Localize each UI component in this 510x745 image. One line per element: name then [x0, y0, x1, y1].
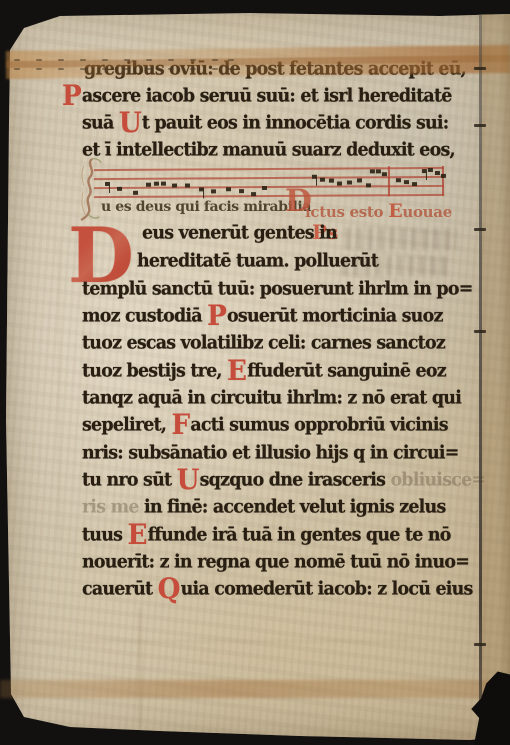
manuscript-line: tanqz aquā in circuitu ihrlm: z nō erat … [82, 387, 461, 409]
manuscript-line: gregibus oviū: de post fetantes accepit … [84, 58, 466, 80]
manuscript-line: cauerūt Quia comederūt iacob: z locū eiu… [82, 578, 473, 600]
psalm-text: tu nro sūt [82, 469, 177, 491]
manuscript-line: et ī intellectibz manuū suarz deduxit eo… [82, 139, 455, 161]
repair-stitch-dot [36, 68, 42, 70]
stitch-tick [474, 643, 486, 646]
psalm-text: cauerūt [82, 578, 158, 600]
repair-stitch-dot [190, 68, 196, 70]
stitch-tick [474, 330, 486, 333]
psalm-text: nouerīt: z in regna que nomē tuū nō inuo… [82, 551, 469, 573]
repair-stitch-dot [212, 68, 218, 70]
repair-stitch-dot [190, 59, 196, 61]
psalm-text: uia comederūt iacob: z locū eius [181, 578, 473, 600]
manuscript-photo: u es deus qui facis mirabilia D ictus es… [0, 0, 510, 745]
manuscript-line: tuoz bestijs tre, Effuderūt sanguinē eoz [82, 360, 446, 382]
rubricated-initial: E [227, 355, 247, 387]
repair-stitch-dot [14, 59, 20, 61]
repair-stitch-dot [228, 59, 234, 61]
manuscript-line: tu nro sūt Usqzquo dne irasceris obliuis… [82, 469, 485, 491]
manuscript-line: eus venerūt gentes in [142, 222, 337, 244]
repair-stitch-dot [146, 68, 152, 70]
manuscript-line: Pascere iacob seruū suū: et isrl heredit… [62, 85, 452, 107]
repair-stitch-dot [14, 68, 20, 70]
repair-stitch-dot [146, 59, 152, 61]
psalm-text: osuerūt morticinia suoz [227, 305, 443, 327]
manuscript-line: moz custodiā Posuerūt morticinia suoz [82, 305, 443, 327]
rubricated-initial: P [207, 300, 227, 332]
text-block: gregibus oviū: de post fetantes accepit … [0, 0, 510, 745]
stitch-tick [474, 124, 486, 127]
psalm-text: sepeliret, [82, 414, 172, 436]
manuscript-line: hereditatē tuam. polluerūt [137, 250, 378, 272]
erased-text: ris me [82, 496, 144, 518]
repair-stitch-dot [168, 59, 174, 61]
repair-stitch-dot [58, 68, 64, 70]
psalm-text: tuus [82, 524, 127, 546]
psalm-text: ascere iacob seruū suū: et isrl heredita… [82, 85, 452, 107]
stitch-tick [474, 67, 486, 70]
stitch-tick [474, 228, 486, 231]
repair-stitch-dot [102, 68, 108, 70]
psalm-text: hereditatē tuam. polluerūt [137, 250, 378, 272]
psalm-text: tuoz bestijs tre, [82, 360, 227, 382]
manuscript-line: suā Ut pauit eos in innocētia cordis sui… [82, 112, 448, 134]
manuscript-line: nris: subsānatio et illusio hijs q in ci… [82, 442, 459, 464]
repair-stitch-dot [212, 59, 218, 61]
psalm-text: ffuderūt sanguinē eoz [247, 360, 446, 382]
rubricated-initial: E [127, 519, 147, 551]
repair-stitch-dot [80, 68, 86, 70]
repair-stitch-dot [124, 68, 130, 70]
psalm-text: t pauit eos in innocētia cordis sui: [142, 112, 449, 134]
rubricated-initial: U [119, 107, 142, 139]
repair-stitch-dot [168, 68, 174, 70]
psalm-text: nris: subsānatio et illusio hijs q in ci… [82, 442, 459, 464]
manuscript-line: nouerīt: z in regna que nomē tuū nō inuo… [82, 551, 469, 573]
psalm-text: templū sanctū tuū: posuerunt ihrlm in po… [82, 278, 473, 300]
gutter-fold-line [479, 14, 482, 740]
psalm-text: suā [82, 112, 119, 134]
repair-stitch-dot [80, 59, 86, 61]
repair-stitch-dot [124, 59, 130, 61]
manuscript-line: tuus Effunde irā tuā in gentes que te nō [82, 524, 451, 546]
manuscript-line: tuoz escas volatilibz celi: carnes sanct… [82, 332, 445, 354]
manuscript-line: sepeliret, Facti sumus opprobriū vicinis [82, 414, 448, 436]
psalm-text: tanqz aquā in circuitu ihrlm: z nō erat … [82, 387, 461, 409]
psalm-text: ffunde irā tuā in gentes que te nō [148, 524, 451, 546]
psalm-text: sqzquo dne irasceris [200, 469, 391, 491]
repair-stitch-dot [36, 59, 42, 61]
rubricated-initial: Q [158, 573, 181, 605]
psalm-text: gregibus oviū: de post fetantes accepit … [84, 58, 466, 80]
repair-stitch-dot [58, 59, 64, 61]
psalm-text: in finē: accendet velut ignis zelus [144, 496, 446, 518]
erased-text: obliuisce= [390, 469, 485, 491]
psalm-text: et ī intellectibz manuū suarz deduxit eo… [82, 139, 455, 161]
rubricated-initial: F [172, 409, 191, 441]
manuscript-line: ris me in finē: accendet velut ignis zel… [82, 496, 446, 518]
psalm-text: moz custodiā [82, 305, 207, 327]
manuscript-line: templū sanctū tuū: posuerunt ihrlm in po… [82, 278, 473, 300]
rubricated-initial: U [177, 464, 200, 496]
psalm-text: tuoz escas volatilibz celi: carnes sanct… [82, 332, 445, 354]
psalm-text: eus venerūt gentes in [142, 222, 337, 244]
repair-stitch-dot [102, 59, 108, 61]
repair-stitch-dot [228, 68, 234, 70]
psalm-text: acti sumus opprobriū vicinis [190, 414, 448, 436]
rubricated-initial: P [62, 80, 82, 112]
